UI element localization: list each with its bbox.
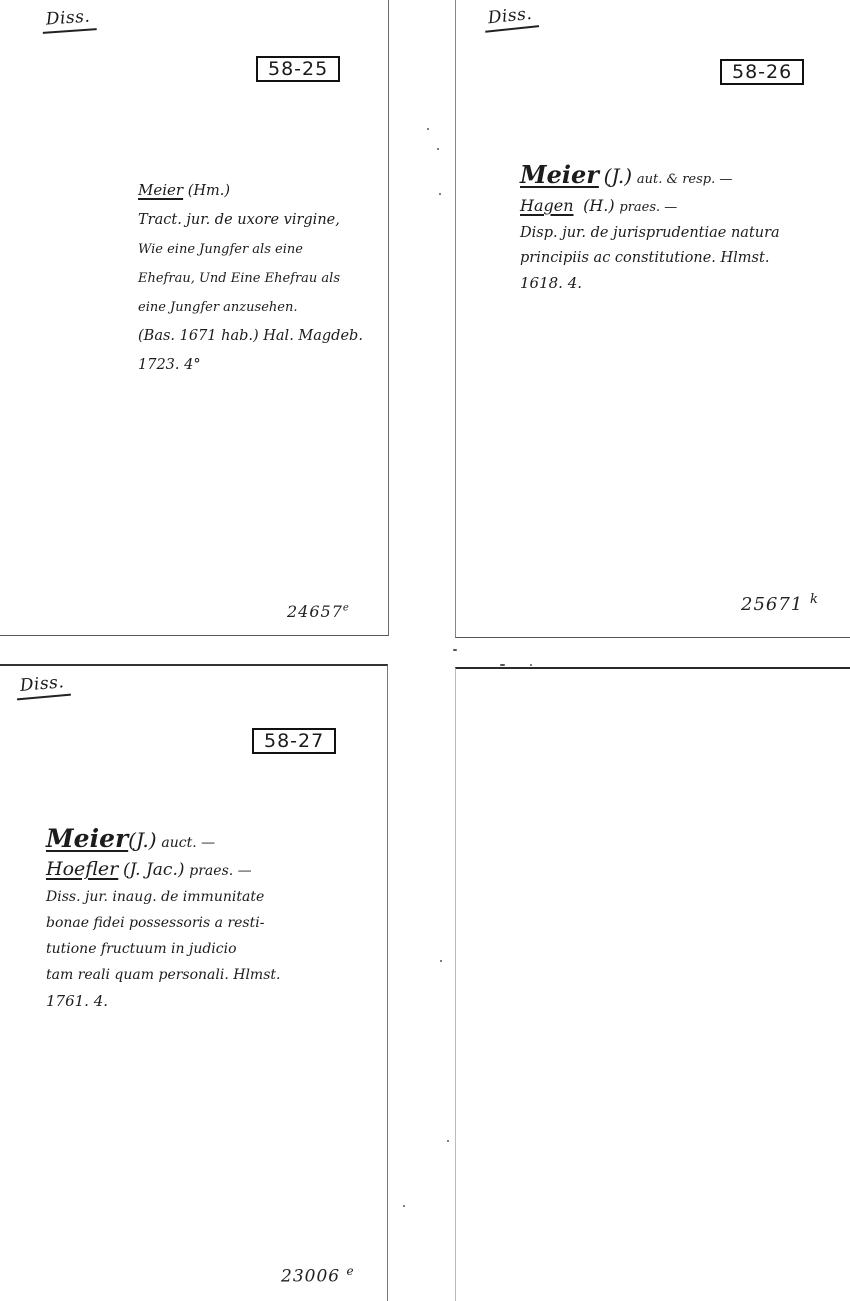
author-initials: (Hm.) xyxy=(188,183,230,199)
accession-number: 23006 e xyxy=(281,1264,355,1287)
accession-suffix: e xyxy=(343,603,350,614)
heading-line: Meier (Hm.) xyxy=(138,176,363,206)
secondary-heading-line: Hoefler (J. Jac.) praes. — xyxy=(46,856,280,884)
title-line: eine Jungfer anzusehen. xyxy=(138,293,363,322)
date-format-line: 1723. 4° xyxy=(138,351,363,380)
author-name: Meier xyxy=(46,824,128,853)
title-line: tutione fructuum in judicio xyxy=(46,936,280,962)
scan-speck xyxy=(439,193,441,195)
card-entry: Meier (Hm.) Tract. jur. de uxore virgine… xyxy=(138,176,363,380)
author-role: aut. & resp. — xyxy=(637,172,732,187)
scan-speck xyxy=(530,664,532,666)
scan-speck xyxy=(447,1140,449,1142)
accession-value: 25671 xyxy=(741,594,803,615)
scan-speck xyxy=(440,960,442,962)
date-format-line: 1761. 4. xyxy=(46,988,280,1014)
accession-number: 25671 k xyxy=(741,592,819,615)
author-role: auct. — xyxy=(161,835,215,851)
shelfmark-box: 58-26 xyxy=(720,59,804,85)
scan-speck xyxy=(500,664,505,666)
title-line: Tract. jur. de uxore virgine, xyxy=(138,206,363,235)
author-initials: (J.) xyxy=(604,164,632,188)
praeses-initials: (J. Jac.) xyxy=(123,860,184,880)
accession-number: 24657e xyxy=(287,602,350,621)
title-line: principiis ac constitutione. Hlmst. xyxy=(520,246,780,271)
praeses-name: Hagen xyxy=(520,196,574,215)
blank-catalog-card xyxy=(455,667,850,1301)
shelfmark-box: 58-25 xyxy=(256,56,340,82)
heading-line: Meier(J.) auct. — xyxy=(46,826,280,856)
title-line: Wie eine Jungfer als eine xyxy=(138,235,363,264)
shelfmark-box: 58-27 xyxy=(252,728,336,754)
card-entry: Meier (J.) aut. & resp. — Hagen (H.) pra… xyxy=(520,162,780,296)
accession-suffix: k xyxy=(810,592,819,607)
catalog-card-58-25: Diss. 58-25 Meier (Hm.) Tract. jur. de u… xyxy=(0,0,389,636)
author-initials: (J.) xyxy=(128,828,156,852)
scan-speck xyxy=(427,128,429,130)
praeses-role: praes. — xyxy=(189,863,251,879)
scan-speck xyxy=(437,148,439,150)
catalog-card-58-26: Diss. 58-26 Meier (J.) aut. & resp. — Ha… xyxy=(455,0,850,638)
title-line: bonae fidei possessoris a resti- xyxy=(46,910,280,936)
praeses-initials: (H.) xyxy=(583,196,615,215)
date-format-line: 1618. 4. xyxy=(520,271,780,296)
category-label: Diss. xyxy=(483,3,540,33)
title-line: Disp. jur. de jurisprudentiae natura xyxy=(520,221,780,246)
accession-value: 23006 xyxy=(281,1267,340,1287)
praeses-name: Hoefler xyxy=(46,858,118,880)
author-name: Meier xyxy=(520,160,599,189)
secondary-heading-line: Hagen (H.) praes. — xyxy=(520,193,780,221)
category-label: Diss. xyxy=(15,672,71,701)
title-line: tam reali quam personali. Hlmst. xyxy=(46,962,280,988)
author-name: Meier xyxy=(138,181,183,199)
title-line: Ehefrau, Und Eine Ehefrau als xyxy=(138,264,363,293)
heading-line: Meier (J.) aut. & resp. — xyxy=(520,162,780,193)
praeses-role: praes. — xyxy=(619,200,677,215)
card-entry: Meier(J.) auct. — Hoefler (J. Jac.) prae… xyxy=(46,826,280,1014)
accession-value: 24657 xyxy=(287,602,343,621)
title-line: Diss. jur. inaug. de immunitate xyxy=(46,884,280,910)
scan-speck xyxy=(453,649,457,651)
accession-suffix: e xyxy=(347,1264,355,1278)
catalog-card-58-27: Diss. 58-27 Meier(J.) auct. — Hoefler (J… xyxy=(0,664,388,1301)
category-label: Diss. xyxy=(41,6,97,34)
scan-speck xyxy=(403,1205,405,1207)
imprint-line: (Bas. 1671 hab.) Hal. Magdeb. xyxy=(138,322,363,351)
